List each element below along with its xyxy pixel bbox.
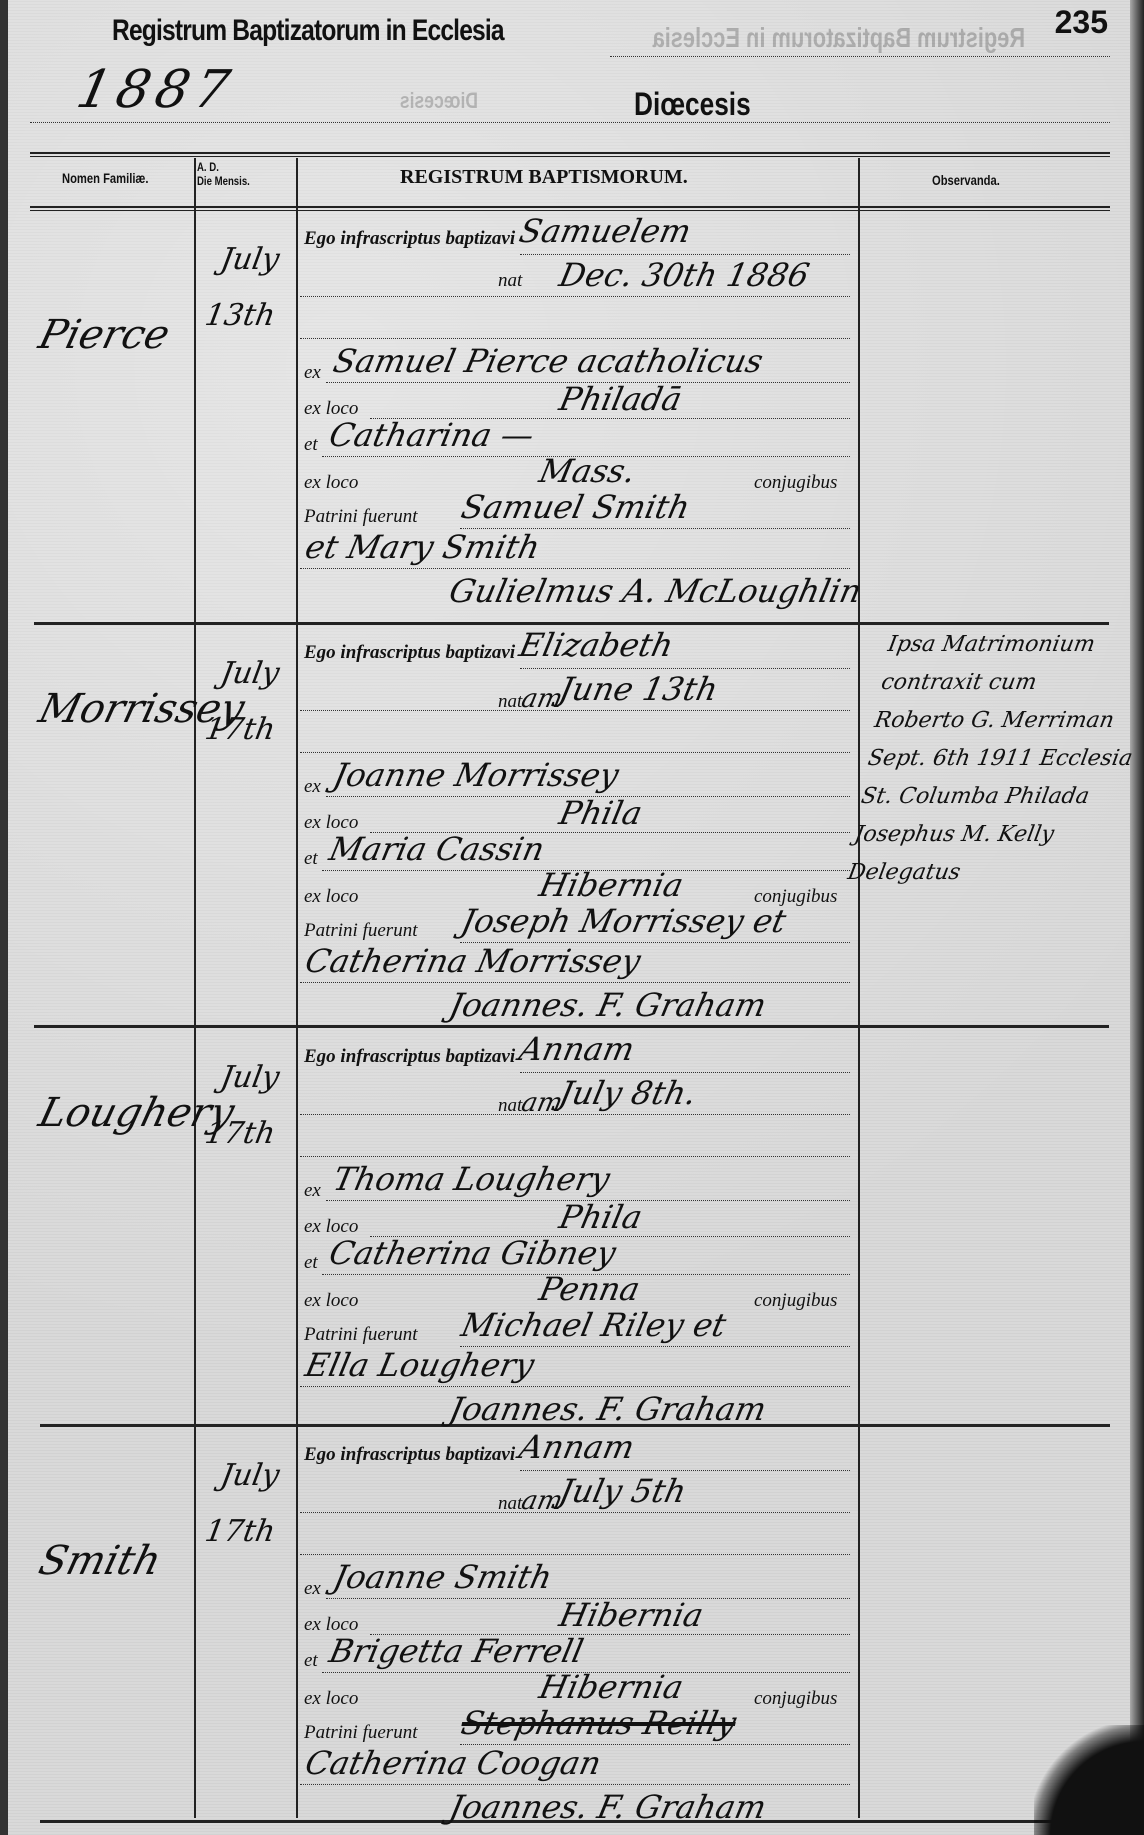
entry-godparents-line1: Joseph Morrissey et bbox=[458, 902, 789, 940]
entry-priest-signature: Joannes. F. Graham bbox=[446, 986, 770, 1024]
thumb-shadow bbox=[1034, 1725, 1144, 1835]
page-edge-right bbox=[1130, 0, 1144, 1835]
label-godparents: Patrini fuerunt bbox=[304, 920, 417, 942]
column-divider-1 bbox=[194, 158, 196, 1818]
label-godparents: Patrini fuerunt bbox=[304, 506, 417, 528]
entry-baptism-month: July bbox=[205, 646, 295, 702]
column-header-date: A. D. Die Mensis. bbox=[197, 160, 250, 188]
entry-father: Joanne Smith bbox=[330, 1558, 556, 1596]
entry-rule bbox=[300, 1156, 850, 1157]
entry-baptism-day: 17th bbox=[195, 1504, 285, 1560]
entry-baptism-date: July 13th bbox=[195, 232, 295, 344]
entry-mother: Catharina — bbox=[326, 416, 538, 454]
entry-rule bbox=[520, 668, 850, 669]
entry-rule bbox=[300, 982, 850, 983]
entry-rule bbox=[300, 1386, 850, 1387]
entry-rule bbox=[300, 1554, 850, 1555]
entry-priest-signature: Gulielmus A. McLoughlin bbox=[446, 572, 865, 610]
entry-godparents-line2: Ella Loughery bbox=[302, 1346, 538, 1384]
label-father: ex bbox=[304, 362, 321, 384]
column-header-remarks: Observanda. bbox=[932, 172, 1000, 188]
entry-baptism-day: 17th bbox=[195, 702, 285, 758]
column-header-date-ad: A. D. bbox=[197, 160, 250, 174]
entry-mother-place: Hibernia bbox=[536, 1668, 687, 1706]
entry-birth-date: July 5th bbox=[556, 1472, 690, 1510]
entry-mother: Maria Cassin bbox=[326, 830, 548, 868]
diocese-label: Diœcesis bbox=[634, 86, 751, 123]
entry-rule bbox=[300, 752, 850, 753]
year: 1887 bbox=[72, 60, 241, 120]
label-mother: et bbox=[304, 434, 318, 456]
entry-child-name: Samuelem bbox=[516, 212, 694, 250]
label-born: nat bbox=[498, 270, 522, 292]
column-header-date-day: Die Mensis. bbox=[197, 174, 250, 188]
page-edge-left bbox=[0, 0, 8, 1835]
label-father: ex bbox=[304, 1180, 321, 1202]
entry-rule bbox=[300, 296, 850, 297]
label-mother-place: ex loco bbox=[304, 886, 358, 908]
entry-priest-signature: Joannes. F. Graham bbox=[446, 1390, 770, 1428]
label-godparents: Patrini fuerunt bbox=[304, 1722, 417, 1744]
label-spouses: conjugibus bbox=[754, 1688, 837, 1710]
entry-baptism-day: 13th bbox=[195, 288, 285, 344]
entry-father-place: Hibernia bbox=[556, 1596, 707, 1634]
entry-separator-2 bbox=[34, 1025, 1109, 1028]
diocese-rule bbox=[30, 122, 1110, 123]
entry-birth-date: June 13th bbox=[556, 670, 721, 708]
entry-rule bbox=[520, 254, 850, 255]
label-born-text: nat bbox=[498, 691, 522, 712]
column-divider-3 bbox=[858, 158, 860, 1818]
label-mother-place: ex loco bbox=[304, 1290, 358, 1312]
header-top-rule-2 bbox=[30, 156, 1110, 157]
entry-father-place: Phila bbox=[556, 794, 646, 832]
label-mother: et bbox=[304, 848, 318, 870]
label-mother-place: ex loco bbox=[304, 1688, 358, 1710]
entry-rule bbox=[300, 1512, 850, 1513]
entry-mother-place: Hibernia bbox=[536, 866, 687, 904]
label-godparents: Patrini fuerunt bbox=[304, 1324, 417, 1346]
register-title: Registrum Baptizatorum in Ecclesia bbox=[112, 14, 504, 48]
entry-godparents-line1: Stephanus Reilly bbox=[458, 1704, 740, 1742]
entry-mother-place: Mass. bbox=[536, 452, 639, 490]
entry-child-name: Annam bbox=[516, 1030, 638, 1068]
entry-birth-date: July 8th. bbox=[556, 1074, 700, 1112]
register-page: Registrum Baptizatorum in Ecclesia Regis… bbox=[0, 0, 1144, 1835]
column-header-register: REGISTRUM BAPTISMORUM. bbox=[400, 166, 688, 189]
entry-birth-date: Dec. 30th 1886 bbox=[556, 256, 813, 294]
label-father: ex bbox=[304, 776, 321, 798]
label-born-text: nat bbox=[498, 1095, 522, 1116]
entry-father: Joanne Morrissey bbox=[330, 756, 622, 794]
entry-rule bbox=[300, 710, 850, 711]
entry-godparents-line2: et Mary Smith bbox=[302, 528, 543, 566]
entry-surname: Pierce bbox=[34, 312, 174, 358]
entry-rule bbox=[300, 1114, 850, 1115]
entry-mother: Brigetta Ferrell bbox=[326, 1632, 587, 1670]
header-bottom-rule-2 bbox=[30, 210, 1110, 211]
entry-baptism-date: July 17th bbox=[195, 1448, 295, 1560]
label-born-text: nat bbox=[498, 270, 522, 291]
entry-baptism-month: July bbox=[205, 1448, 295, 1504]
label-spouses: conjugibus bbox=[754, 1290, 837, 1312]
entry-father-place: Phila bbox=[556, 1198, 646, 1236]
entry-rule bbox=[520, 1072, 850, 1073]
entry-separator-1 bbox=[34, 622, 1109, 625]
entry-godparents-line2: Catherina Coogan bbox=[302, 1744, 605, 1782]
entry-child-name: Annam bbox=[516, 1428, 638, 1466]
label-spouses: conjugibus bbox=[754, 472, 837, 494]
label-born-text: nat bbox=[498, 1493, 522, 1514]
label-baptized: Ego infrascriptus baptizavi bbox=[304, 642, 515, 664]
entry-rule bbox=[300, 338, 850, 339]
bleed-through-diocese: Diœcesis bbox=[400, 88, 478, 114]
entry-father-place: Philadā bbox=[556, 380, 685, 418]
entry-godparents-line1: Michael Riley et bbox=[458, 1306, 730, 1344]
header-bottom-rule bbox=[30, 206, 1110, 208]
entry-baptism-month: July bbox=[205, 232, 295, 288]
header-top-rule bbox=[30, 152, 1110, 154]
entry-surname: Smith bbox=[34, 1538, 165, 1584]
entry-baptism-month: July bbox=[205, 1050, 295, 1106]
bleed-through-title: Registrum Baptizatorum in Ecclesia bbox=[653, 22, 1026, 54]
label-baptized: Ego infrascriptus baptizavi bbox=[304, 1444, 515, 1466]
entry-godparents-line2: Catherina Morrissey bbox=[302, 942, 644, 980]
page-number: 235 bbox=[1055, 4, 1108, 41]
entry-rule bbox=[300, 1784, 850, 1785]
entry-baptism-day: 17th bbox=[195, 1106, 285, 1162]
entry-baptism-date: July 17th bbox=[195, 1050, 295, 1162]
entry-father: Thoma Loughery bbox=[330, 1160, 613, 1198]
entry-baptism-date: July 17th bbox=[195, 646, 295, 758]
entry-father: Samuel Pierce acatholicus bbox=[330, 342, 767, 380]
title-rule bbox=[610, 56, 1110, 57]
column-divider-2 bbox=[296, 158, 298, 1818]
column-header-surname: Nomen Familiæ. bbox=[62, 170, 149, 186]
entry-godparents-line1: Samuel Smith bbox=[458, 488, 693, 526]
label-baptized: Ego infrascriptus baptizavi bbox=[304, 1046, 515, 1068]
label-baptized: Ego infrascriptus baptizavi bbox=[304, 228, 515, 250]
entry-rule bbox=[520, 1470, 850, 1471]
entry-mother-place: Penna bbox=[536, 1270, 643, 1308]
entry-priest-signature: Joannes. F. Graham bbox=[446, 1788, 770, 1826]
label-father: ex bbox=[304, 1578, 321, 1600]
entry-remarks: Ipsa Matrimonium contraxit cum Roberto G… bbox=[845, 626, 1144, 892]
entry-child-name: Elizabeth bbox=[516, 626, 677, 664]
label-mother: et bbox=[304, 1252, 318, 1274]
label-mother-place: ex loco bbox=[304, 472, 358, 494]
entry-rule bbox=[300, 568, 850, 569]
entry-mother: Catherina Gibney bbox=[326, 1234, 619, 1272]
label-mother: et bbox=[304, 1650, 318, 1672]
